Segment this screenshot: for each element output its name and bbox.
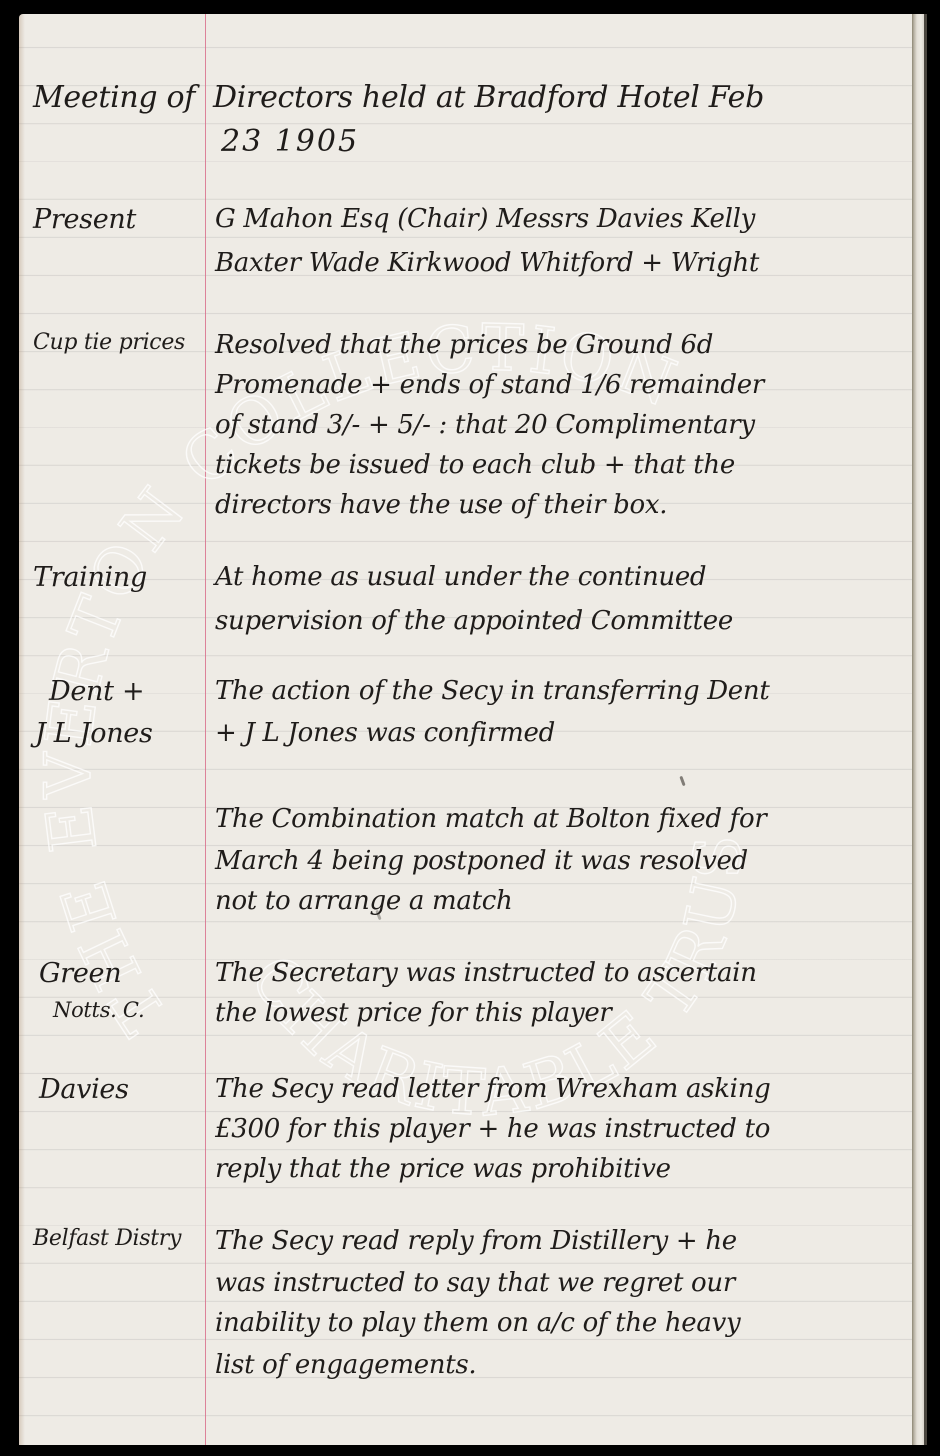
ink-spot [679, 776, 685, 786]
entry-label-davies: Davies [39, 1074, 129, 1105]
entry-label-cup-tie-prices: Cup tie prices [33, 330, 185, 355]
entry-line: The Secy read letter from Wrexham asking [215, 1074, 770, 1104]
entry-label-present: Present [33, 204, 136, 235]
entry-line: Resolved that the prices be Ground 6d [215, 330, 713, 360]
entry-line: directors have the use of their box. [215, 490, 667, 520]
entry-label-jl-jones: J L Jones [35, 718, 153, 749]
entry-label-notts-c: Notts. C. [53, 998, 144, 1022]
entry-line: list of engagements. [215, 1350, 476, 1380]
entry-line: of stand 3/- + 5/- : that 20 Complimenta… [215, 410, 755, 440]
entry-line: not to arrange a match [215, 886, 512, 916]
entry-line: £300 for this player + he was instructed… [215, 1114, 770, 1144]
entry-line: supervision of the appointed Committee [215, 606, 733, 636]
heading-label: Meeting of [33, 80, 195, 115]
margin-rule [205, 14, 206, 1445]
entry-line: March 4 being postponed it was resolved [215, 846, 748, 876]
entry-line: reply that the price was prohibitive [215, 1154, 671, 1184]
entry-line: + J L Jones was confirmed [215, 718, 555, 748]
page-shadow [19, 14, 25, 1445]
entry-label-belfast-distillery: Belfast Distry [33, 1226, 181, 1251]
heading-date: 23 1905 [221, 124, 359, 159]
entry-label-green: Green [39, 958, 121, 989]
entry-line: At home as usual under the continued [215, 562, 706, 592]
entry-line: The action of the Secy in transferring D… [215, 676, 769, 706]
entry-line: Promenade + ends of stand 1/6 remainder [215, 370, 764, 400]
entry-line: The Secretary was instructed to ascertai… [215, 958, 757, 988]
heading-line-1: Directors held at Bradford Hotel Feb [213, 80, 764, 115]
entry-line: G Mahon Esq (Chair) Messrs Davies Kelly [215, 204, 755, 234]
entry-line: the lowest price for this player [215, 998, 612, 1028]
page-edge [924, 14, 927, 1445]
entry-line: The Combination match at Bolton fixed fo… [215, 804, 766, 834]
entry-label-training: Training [33, 562, 147, 593]
page-fold [912, 14, 924, 1445]
entry-line: Baxter Wade Kirkwood Whitford + Wright [215, 248, 759, 278]
minute-book-page: THE EVERTON COLLECTION CHARITABLE TRUST … [19, 14, 912, 1445]
entry-line: tickets be issued to each club + that th… [215, 450, 735, 480]
entry-line: was instructed to say that we regret our [215, 1268, 735, 1298]
entry-line: The Secy read reply from Distillery + he [215, 1226, 737, 1256]
entry-line: inability to play them on a/c of the hea… [215, 1308, 740, 1338]
entry-label-dent: Dent + [49, 676, 144, 707]
